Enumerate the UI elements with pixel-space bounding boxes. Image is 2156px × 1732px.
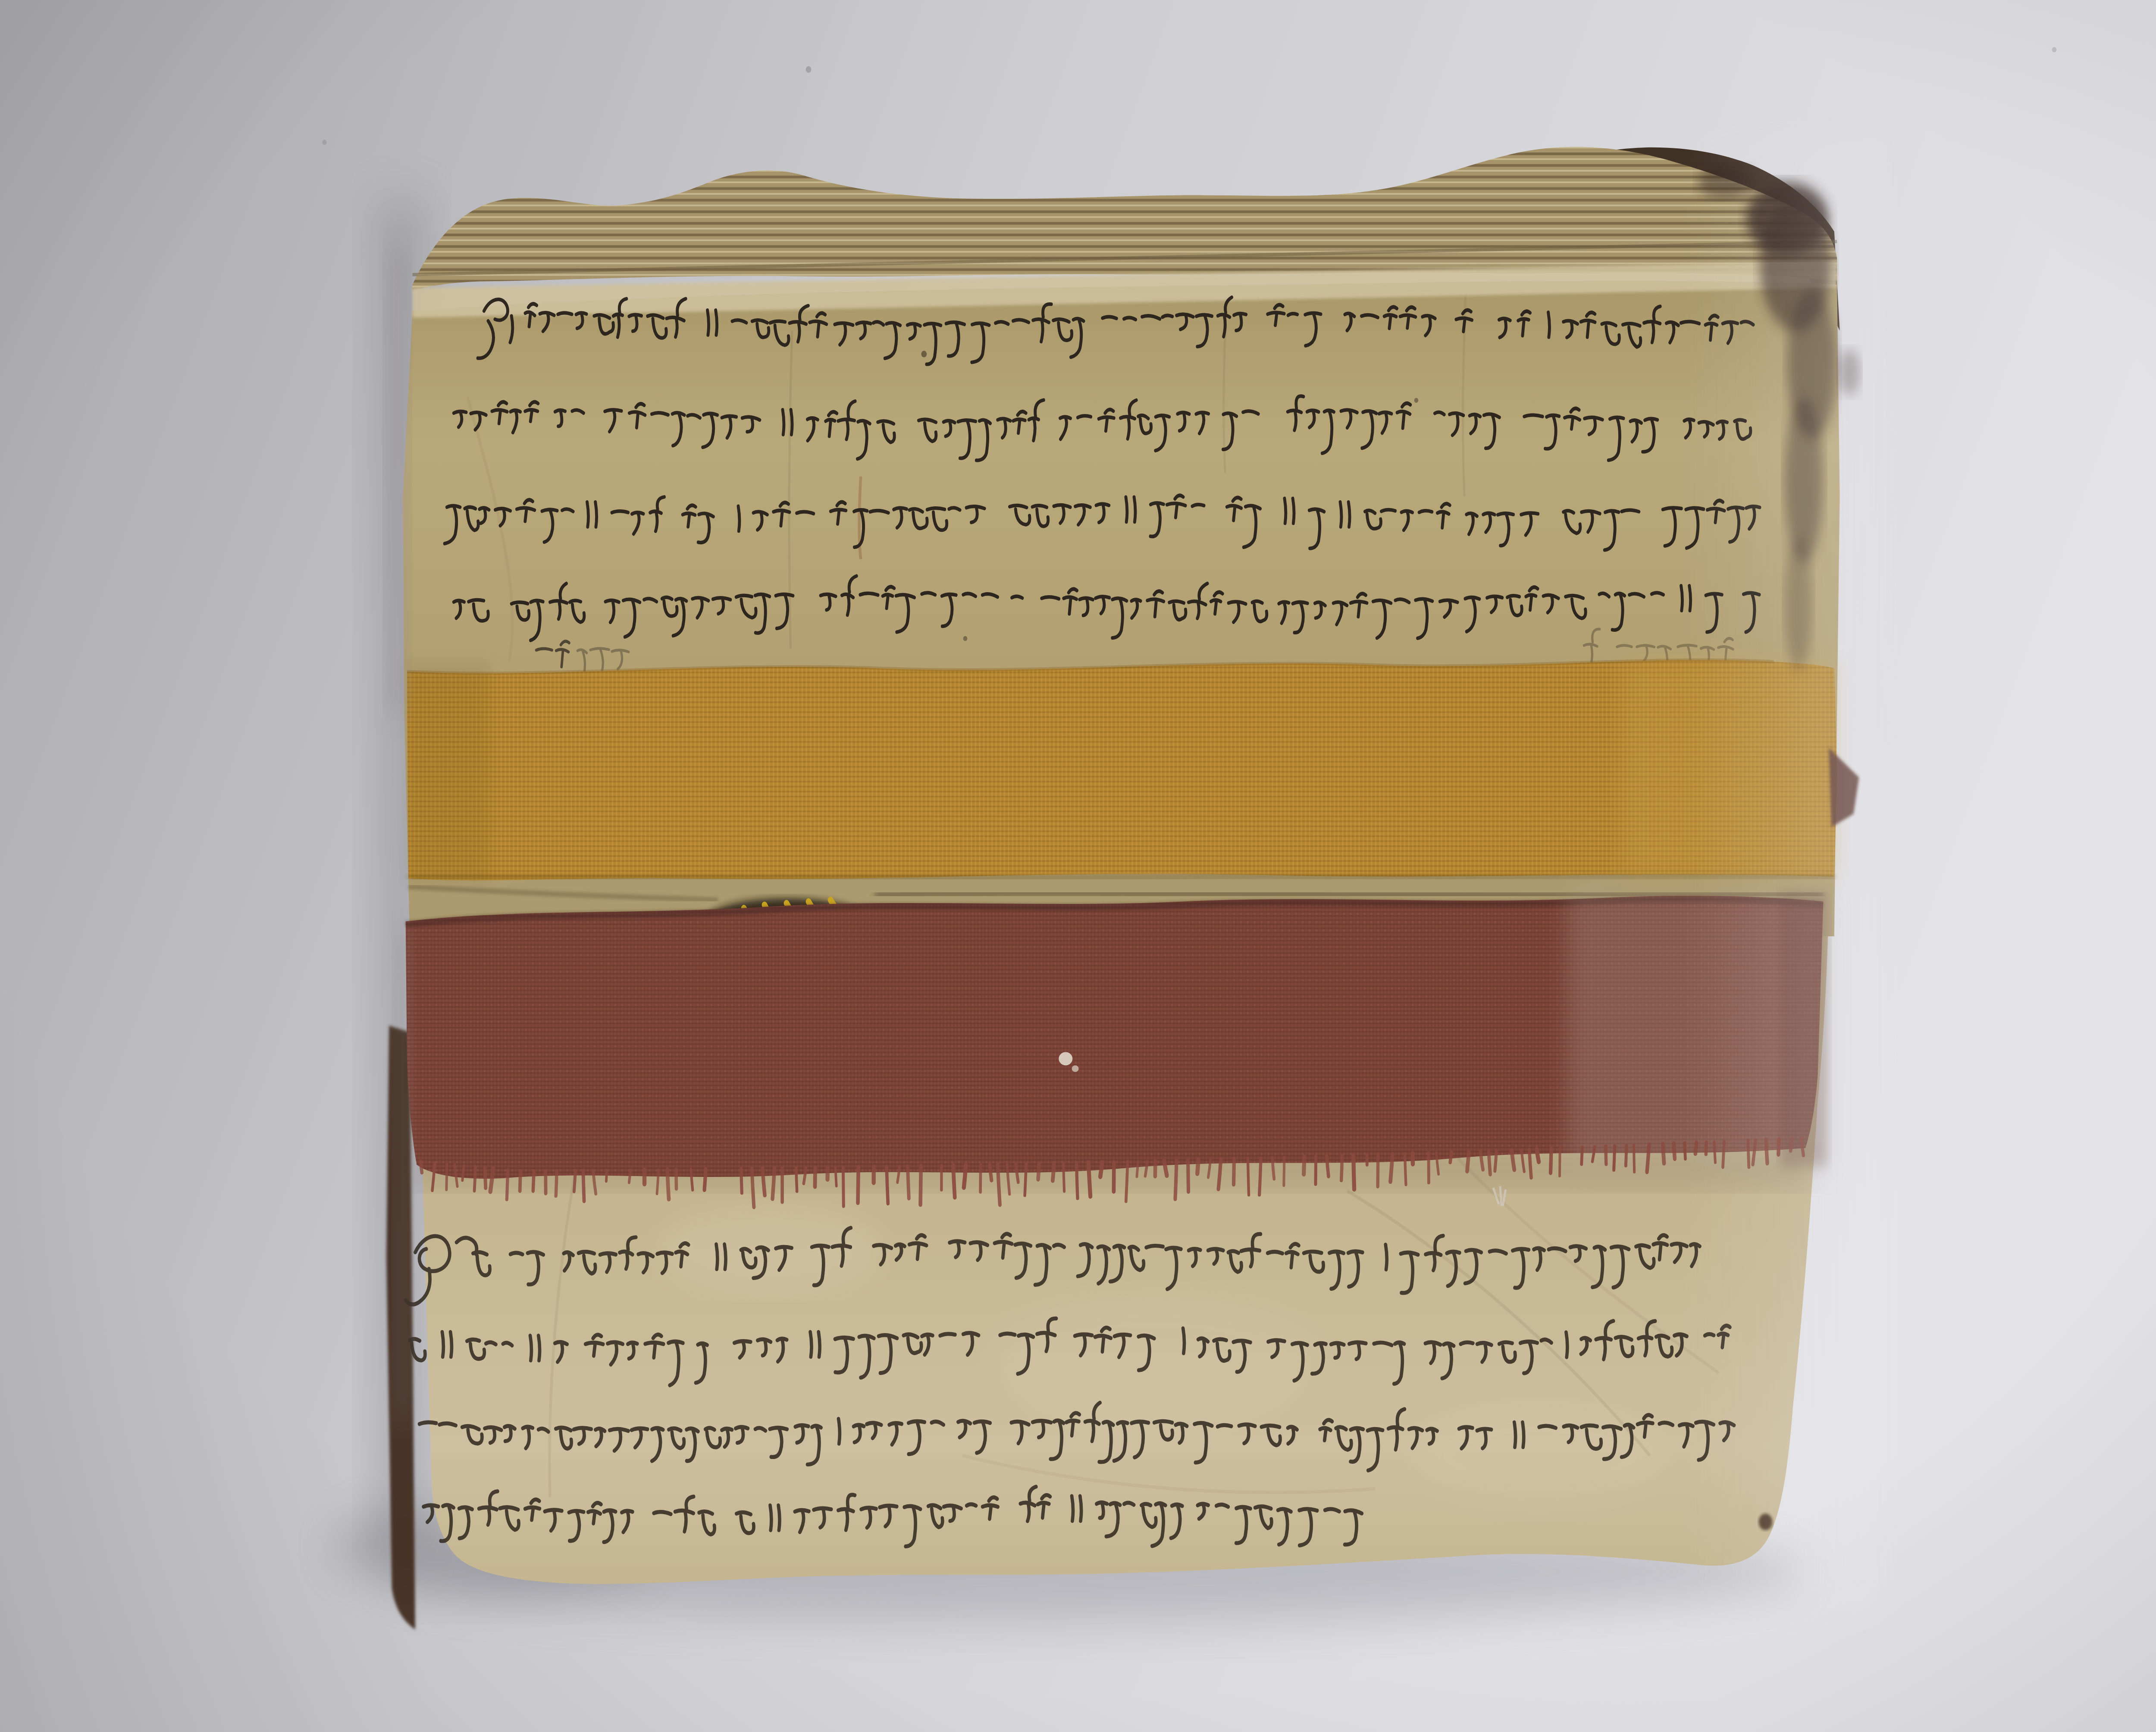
fringe-strand [676, 1170, 677, 1189]
fringe-strand [705, 1169, 706, 1190]
fringe-strand [1088, 1163, 1090, 1196]
fringe-strand [1164, 1161, 1167, 1176]
fringe-strand [1341, 1156, 1342, 1180]
fringe-strand [772, 1168, 774, 1199]
fringe-strand [446, 1164, 447, 1189]
fringe-strand [741, 1169, 742, 1193]
fringe-strand [752, 1169, 754, 1207]
fringe-strand [835, 1168, 836, 1186]
fringe-strand [1038, 1164, 1039, 1179]
fringe-strand [1467, 1152, 1469, 1171]
fringe-strand [1551, 1148, 1551, 1173]
fringe-strand [1076, 1163, 1078, 1199]
fringe-strand [1685, 1143, 1686, 1158]
fringe-strand [1188, 1160, 1188, 1192]
fringe-strand [990, 1164, 991, 1180]
left-edge-fray-shadow [385, 248, 410, 711]
fringe-strand [606, 1170, 607, 1181]
fringe-strand [1272, 1158, 1274, 1179]
fringe-strand [1316, 1157, 1316, 1184]
fringe-strand [462, 1166, 464, 1180]
fringe-strand [667, 1170, 669, 1199]
fringe-strand [843, 1167, 843, 1206]
fringe-strand [1450, 1152, 1451, 1162]
fringe-strand [981, 1165, 981, 1192]
fringe-strand [953, 1165, 955, 1197]
fringe-strand [1529, 1149, 1531, 1177]
photo-canvas [0, 0, 2156, 1732]
fringe-strand [1063, 1163, 1064, 1191]
fringe-strand [1327, 1156, 1329, 1177]
fringe-strand [1053, 1163, 1054, 1180]
fringe-strand [1378, 1155, 1378, 1186]
fringe-strand [762, 1169, 765, 1195]
fringe-strand [1674, 1144, 1675, 1159]
fringe-strand [1248, 1158, 1249, 1195]
fringe-strand [490, 1168, 493, 1192]
fringe-strand [1582, 1147, 1583, 1164]
right-side-glare [1686, 139, 1878, 1614]
fringe-strand [533, 1171, 534, 1191]
fringe-strand [998, 1164, 1000, 1205]
fringe-strand [1647, 1145, 1649, 1172]
fringe-strand [1606, 1146, 1606, 1164]
fringe-strand [921, 1166, 921, 1205]
fringe-strand [1284, 1157, 1284, 1185]
fringe-strand [485, 1167, 486, 1188]
fringe-strand [1025, 1164, 1026, 1195]
fringe-strand [1489, 1151, 1490, 1174]
fringe-strand [1626, 1145, 1626, 1165]
fringe-strand [815, 1168, 815, 1186]
manuscript-book [385, 139, 1878, 1629]
fringe-strand [1304, 1157, 1304, 1174]
fringe-strand [657, 1170, 659, 1194]
fringe-strand [507, 1170, 508, 1199]
fringe-strand [574, 1170, 575, 1191]
fringe-strand [796, 1168, 797, 1191]
fringe-strand [858, 1167, 858, 1202]
fringe-strand [1560, 1148, 1560, 1176]
fringe-strand [629, 1170, 631, 1183]
fringe-strand [1137, 1161, 1138, 1177]
fringe-strand [1663, 1144, 1664, 1163]
fringe-strand [474, 1167, 476, 1191]
fringe-strand [1126, 1162, 1128, 1202]
fringe-strand [583, 1170, 584, 1201]
fringe-strand [1537, 1149, 1539, 1162]
fringe-strand [1634, 1145, 1634, 1172]
fringe-strand [1390, 1154, 1392, 1182]
manuscript-photograph [0, 0, 2156, 1732]
fringe-strand [887, 1167, 888, 1203]
fringe-strand [908, 1166, 909, 1198]
fringe-strand [1260, 1158, 1261, 1195]
fringe-strand [1175, 1161, 1176, 1199]
fringe-strand [691, 1169, 693, 1190]
fringe-strand [1405, 1154, 1406, 1184]
fringe-strand [1234, 1159, 1234, 1184]
fringe-strand [1100, 1162, 1102, 1177]
fringe-strand [421, 1161, 422, 1172]
fringe-strand [556, 1171, 557, 1196]
fringe-strand [1495, 1151, 1497, 1171]
fringe-strand [1197, 1160, 1198, 1173]
left-edge-fray-shadow-2 [393, 926, 413, 1423]
fringe-strand [520, 1171, 520, 1191]
fringe-strand [1614, 1146, 1615, 1170]
yellow-cloth-band [407, 659, 1837, 881]
fringe-strand [1354, 1155, 1354, 1189]
fringe-strand [964, 1165, 965, 1187]
